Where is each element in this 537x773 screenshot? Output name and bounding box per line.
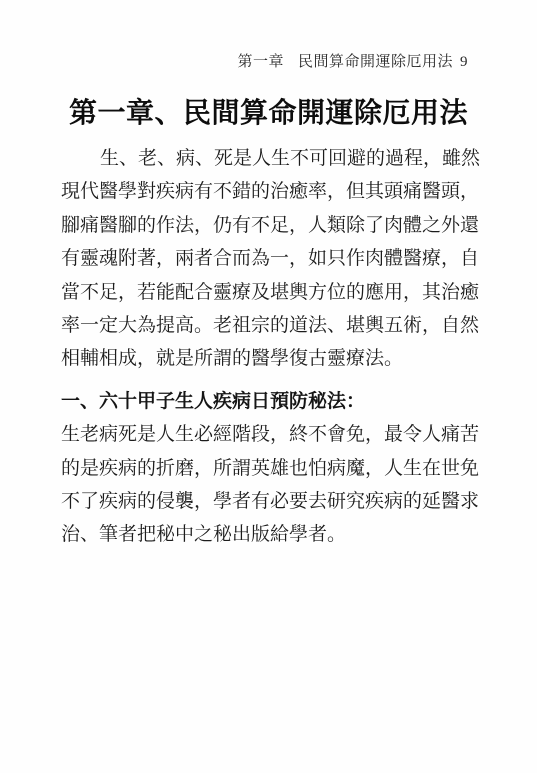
- paragraph1-line: 相輔相成，就是所謂的醫學復古靈療法。: [61, 342, 480, 375]
- page-number: 9: [460, 54, 468, 70]
- paragraph1-line: 生、老、病、死是人生不可回避的過程，雖然: [61, 142, 480, 175]
- paragraph1-line: 當不足，若能配合靈療及堪輿方位的應用，其治癒: [61, 276, 480, 309]
- running-header-chapter: 第一章: [237, 54, 284, 70]
- paragraph2-line: 生老病死是人生必經階段，終不會免，最令人痛苦: [61, 418, 480, 451]
- paragraph1-line: 有靈魂附著，兩者合而為一，如只作肉體醫療，自: [61, 242, 480, 275]
- paragraph1-line: 現代醫學對疾病有不錯的治癒率，但其頭痛醫頭，: [61, 175, 480, 208]
- paragraph2-line: 治、筆者把秘中之秘出版給學者。: [61, 518, 480, 551]
- paragraph2-line: 不了疾病的侵襲，學者有必要去研究疾病的延醫求: [61, 485, 480, 518]
- paragraph1-line: 腳痛醫腳的作法，仍有不足，人類除了肉體之外還: [61, 209, 480, 242]
- body-text: 生、老、病、死是人生不可回避的過程，雖然 現代醫學對疾病有不錯的治癒率，但其頭痛…: [61, 142, 480, 552]
- paragraph2-line: 的是疾病的折磨，所謂英雄也怕病魔，人生在世免: [61, 452, 480, 485]
- chapter-title: 第一章、民間算命開運除厄用法: [0, 94, 537, 134]
- paragraph1-line: 率一定大為提高。老祖宗的道法、堪輿五術，自然: [61, 309, 480, 342]
- section-heading: 一、六十甲子生人疾病日預防秘法：: [61, 385, 480, 418]
- running-header: 第一章民間算命開運除厄用法9: [237, 50, 468, 71]
- running-header-section-title: 民間算命開運除厄用法: [298, 54, 453, 70]
- book-page: 第一章民間算命開運除厄用法9 第一章、民間算命開運除厄用法 生、老、病、死是人生…: [0, 0, 537, 773]
